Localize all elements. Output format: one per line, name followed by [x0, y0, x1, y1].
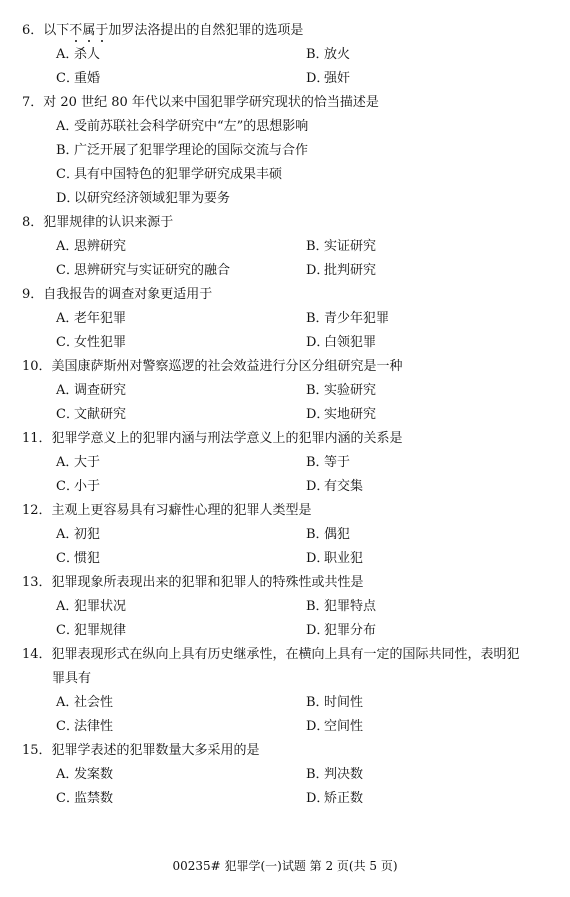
option-letter: A．: [56, 454, 74, 472]
option-text: 犯罪规律: [74, 623, 126, 638]
option-letter: B．: [56, 142, 74, 160]
question-number: 11．: [22, 430, 52, 448]
question-number: 9．: [22, 286, 43, 304]
option-a: A．大于: [56, 454, 100, 472]
question-6: 6．以下不属于加罗法洛提出的自然犯罪的选项是: [22, 22, 303, 40]
option-text: 思辨研究: [74, 239, 126, 254]
option-text: 批判研究: [324, 263, 376, 278]
option-a: A．调查研究: [56, 382, 126, 400]
option-text: 广泛开展了犯罪学理论的国际交流与合作: [74, 143, 308, 158]
option-c: C．具有中国特色的犯罪学研究成果丰硕: [56, 166, 282, 184]
option-a: A．杀人: [56, 46, 100, 64]
option-letter: C．: [56, 406, 74, 424]
option-text: 实证研究: [324, 239, 376, 254]
option-letter: B．: [306, 454, 324, 472]
question-14: 14．犯罪表现形式在纵向上具有历史继承性，在横向上具有一定的国际共同性，表明犯: [22, 646, 520, 664]
option-letter: C．: [56, 70, 74, 88]
option-a: A．发案数: [56, 766, 113, 784]
question-stem-continuation: 罪具有: [52, 670, 91, 688]
option-letter: D．: [306, 478, 324, 496]
option-letter: D．: [306, 718, 324, 736]
option-a: A．老年犯罪: [56, 310, 126, 328]
option-b: B．实验研究: [306, 382, 376, 400]
option-text: 发案数: [74, 767, 113, 782]
option-text: 重婚: [74, 71, 100, 86]
option-d: D．强奸: [306, 70, 350, 88]
option-b: B．犯罪特点: [306, 598, 376, 616]
question-10: 10．美国康萨斯州对警察巡逻的社会效益进行分区分组研究是一种: [22, 358, 403, 376]
option-text: 判决数: [324, 767, 363, 782]
option-b: B．时间性: [306, 694, 363, 712]
question-9: 9．自我报告的调查对象更适用于: [22, 286, 212, 304]
option-letter: C．: [56, 790, 74, 808]
option-letter: B．: [306, 526, 324, 544]
option-d: D．犯罪分布: [306, 622, 376, 640]
option-b: B．实证研究: [306, 238, 376, 256]
question-stem: 犯罪现象所表现出来的犯罪和犯罪人的特殊性或共性是: [52, 575, 364, 590]
option-c: C．犯罪规律: [56, 622, 126, 640]
option-text: 白领犯罪: [324, 335, 376, 350]
option-letter: C．: [56, 550, 74, 568]
question-stem: 犯罪学表述的犯罪数量大多采用的是: [52, 743, 260, 758]
option-b: B．放火: [306, 46, 350, 64]
question-number: 6．: [22, 22, 43, 40]
option-letter: A．: [56, 694, 74, 712]
question-stem: 以下: [43, 23, 69, 38]
option-text: 等于: [324, 455, 350, 470]
option-letter: C．: [56, 166, 74, 184]
option-text: 社会性: [74, 695, 113, 710]
option-letter: D．: [306, 406, 324, 424]
option-d: D．空间性: [306, 718, 363, 736]
option-b: B．等于: [306, 454, 350, 472]
option-c: C．监禁数: [56, 790, 113, 808]
option-a: A．犯罪状况: [56, 598, 126, 616]
question-stem: 主观上更容易具有习癖性心理的犯罪人类型是: [52, 503, 312, 518]
question-stem: 犯罪学意义上的犯罪内涵与刑法学意义上的犯罪内涵的关系是: [52, 431, 403, 446]
option-text: 监禁数: [74, 791, 113, 806]
option-text: 调查研究: [74, 383, 126, 398]
option-letter: A．: [56, 598, 74, 616]
option-letter: D．: [306, 262, 324, 280]
option-c: C．思辨研究与实证研究的融合: [56, 262, 230, 280]
option-b: B．判决数: [306, 766, 363, 784]
option-text: 文献研究: [74, 407, 126, 422]
option-text: 矫正数: [324, 791, 363, 806]
option-text: 以研究经济领域犯罪为要务: [74, 191, 230, 206]
option-text: 实地研究: [324, 407, 376, 422]
question-number: 10．: [22, 358, 52, 376]
question-stem: 自我报告的调查对象更适用于: [43, 287, 212, 302]
option-b: B．青少年犯罪: [306, 310, 389, 328]
option-a: A．初犯: [56, 526, 100, 544]
option-a: A．社会性: [56, 694, 113, 712]
question-number: 14．: [22, 646, 52, 664]
option-text: 放火: [324, 47, 350, 62]
option-text: 具有中国特色的犯罪学研究成果丰硕: [74, 167, 282, 182]
option-text: 惯犯: [74, 551, 100, 566]
option-letter: C．: [56, 622, 74, 640]
question-number: 8．: [22, 214, 43, 232]
option-text: 小于: [74, 479, 100, 494]
question-stem: 加罗法洛提出的自然犯罪的选项是: [108, 23, 303, 38]
option-text: 受前苏联社会科学研究中“左”的思想影响: [74, 119, 308, 134]
option-text: 强奸: [324, 71, 350, 86]
option-text: 空间性: [324, 719, 363, 734]
question-15: 15．犯罪学表述的犯罪数量大多采用的是: [22, 742, 260, 760]
option-text: 犯罪状况: [74, 599, 126, 614]
option-letter: C．: [56, 334, 74, 352]
option-letter: A．: [56, 526, 74, 544]
option-letter: B．: [306, 766, 324, 784]
option-d: D．有交集: [306, 478, 363, 496]
question-12: 12．主观上更容易具有习癖性心理的犯罪人类型是: [22, 502, 312, 520]
question-number: 15．: [22, 742, 52, 760]
question-number: 13．: [22, 574, 52, 592]
option-c: C．女性犯罪: [56, 334, 126, 352]
option-text: 犯罪分布: [324, 623, 376, 638]
page-footer: 00235# 犯罪学(一)试题 第 2 页(共 5 页): [0, 858, 570, 874]
option-text: 犯罪特点: [324, 599, 376, 614]
option-letter: A．: [56, 766, 74, 784]
question-11: 11．犯罪学意义上的犯罪内涵与刑法学意义上的犯罪内涵的关系是: [22, 430, 403, 448]
option-text: 初犯: [74, 527, 100, 542]
emphasis-char: 属: [82, 23, 95, 38]
question-number: 12．: [22, 502, 52, 520]
option-letter: D．: [56, 190, 74, 208]
option-letter: D．: [306, 550, 324, 568]
option-c: C．惯犯: [56, 550, 100, 568]
option-letter: A．: [56, 46, 74, 64]
option-letter: C．: [56, 478, 74, 496]
option-text: 有交集: [324, 479, 363, 494]
question-stem: 美国康萨斯州对警察巡逻的社会效益进行分区分组研究是一种: [52, 359, 403, 374]
question-13: 13．犯罪现象所表现出来的犯罪和犯罪人的特殊性或共性是: [22, 574, 364, 592]
option-letter: D．: [306, 334, 324, 352]
exam-page: 6．以下不属于加罗法洛提出的自然犯罪的选项是 A．杀人 B．放火 C．重婚 D．…: [0, 0, 570, 897]
option-text: 职业犯: [324, 551, 363, 566]
question-number: 7．: [22, 94, 43, 112]
option-c: C．文献研究: [56, 406, 126, 424]
option-letter: B．: [306, 46, 324, 64]
question-stem: 犯罪规律的认识来源于: [43, 215, 173, 230]
option-letter: C．: [56, 262, 74, 280]
option-letter: C．: [56, 718, 74, 736]
question-8: 8．犯罪规律的认识来源于: [22, 214, 173, 232]
option-text: 青少年犯罪: [324, 311, 389, 326]
option-letter: B．: [306, 310, 324, 328]
option-text: 大于: [74, 455, 100, 470]
option-text: 实验研究: [324, 383, 376, 398]
option-d: D．批判研究: [306, 262, 376, 280]
option-letter: A．: [56, 310, 74, 328]
option-d: D．实地研究: [306, 406, 376, 424]
option-letter: D．: [306, 70, 324, 88]
option-letter: D．: [306, 790, 324, 808]
question-stem: 犯罪表现形式在纵向上具有历史继承性，在横向上具有一定的国际共同性，表明犯: [52, 647, 520, 662]
option-letter: B．: [306, 238, 324, 256]
option-b: B．偶犯: [306, 526, 350, 544]
option-letter: A．: [56, 118, 74, 136]
option-letter: B．: [306, 598, 324, 616]
emphasis-char: 于: [95, 23, 108, 38]
option-c: C．法律性: [56, 718, 113, 736]
option-a: A．受前苏联社会科学研究中“左”的思想影响: [56, 118, 308, 136]
option-letter: A．: [56, 238, 74, 256]
option-a: A．思辨研究: [56, 238, 126, 256]
question-stem: 对 20 世纪 80 年代以来中国犯罪学研究现状的恰当描述是: [43, 95, 379, 110]
option-c: C．小于: [56, 478, 100, 496]
option-b: B．广泛开展了犯罪学理论的国际交流与合作: [56, 142, 308, 160]
option-text: 偶犯: [324, 527, 350, 542]
option-d: D．白领犯罪: [306, 334, 376, 352]
option-text: 老年犯罪: [74, 311, 126, 326]
option-c: C．重婚: [56, 70, 100, 88]
option-text: 时间性: [324, 695, 363, 710]
question-7: 7．对 20 世纪 80 年代以来中国犯罪学研究现状的恰当描述是: [22, 94, 379, 112]
option-d: D．以研究经济领域犯罪为要务: [56, 190, 230, 208]
emphasis-char: 不: [69, 23, 82, 38]
option-text: 思辨研究与实证研究的融合: [74, 263, 230, 278]
option-letter: B．: [306, 382, 324, 400]
option-text: 女性犯罪: [74, 335, 126, 350]
option-letter: B．: [306, 694, 324, 712]
option-letter: A．: [56, 382, 74, 400]
option-text: 法律性: [74, 719, 113, 734]
option-letter: D．: [306, 622, 324, 640]
option-d: D．职业犯: [306, 550, 363, 568]
option-text: 杀人: [74, 47, 100, 62]
option-d: D．矫正数: [306, 790, 363, 808]
